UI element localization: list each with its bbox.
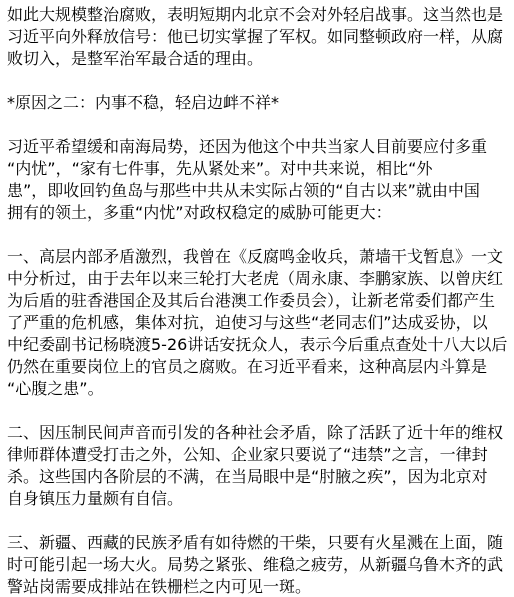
paragraph-context: 习近平希望缓和南海局势，还因为他这个中共当家人目前要应付多重 “内忧”，“家有七… [7,136,510,224]
document-page: 如此大规模整治腐败，表明短期内北京不会对外轻启战事。这当然也是 习近平向外释放信… [0,0,514,597]
section-heading: *原因之二：内事不稳，轻启边衅不祥* [7,92,510,114]
paragraph-item-1: 一、高层内部矛盾激烈，我曾在《反腐鸣金收兵，萧墙干戈暂息》一文 中分析过，由于去… [7,246,510,400]
paragraph-item-2: 二、因压制民间声音而引发的各种社会矛盾，除了活跃了近十年的维权 律师群体遭受打击… [7,422,510,510]
paragraph-item-3: 三、新疆、西藏的民族矛盾有如待燃的干柴，只要有火星溅在上面，随 时可能引起一场大… [7,532,510,597]
paragraph-intro: 如此大规模整治腐败，表明短期内北京不会对外轻启战事。这当然也是 习近平向外释放信… [7,4,510,70]
